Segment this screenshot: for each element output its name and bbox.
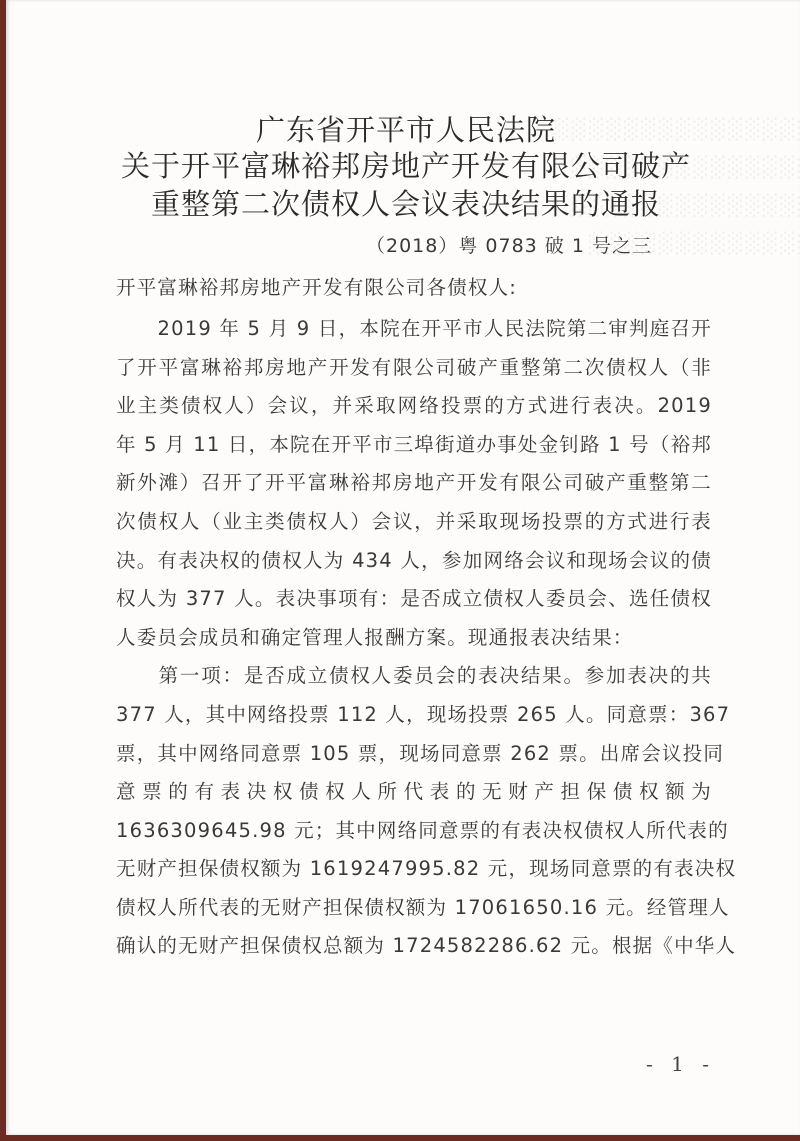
title-line-3: 重整第二次债权人会议表决结果的通报 (6, 182, 800, 223)
body-line: 决。有表决权的债权人为 434 人，参加网络会议和现场会议的债 (116, 545, 712, 573)
body-line: 年 5 月 11 日，本院在开平市三埠街道办事处金钊路 1 号（裕邦 (116, 429, 712, 457)
body-line: 票，其中网络同意票 105 票，现场同意票 262 票。出席会议投同 (116, 738, 712, 766)
body-line: 债权人所代表的无财产担保债权额为 17061650.16 元。经管理人 (116, 892, 712, 920)
case-number: （2018）粤 0783 破 1 号之三 (366, 231, 652, 258)
title-line-2: 关于开平富琳裕邦房地产开发有限公司破产 (6, 144, 800, 185)
body-line: 确认的无财产担保债权总额为 1724582286.62 元。根据《中华人 (116, 930, 712, 958)
body-line: 了开平富琳裕邦房地产开发有限公司破产重整第二次债权人（非 (116, 352, 712, 380)
body-line: 2019 年 5 月 9 日，本院在开平市人民法院第二审判庭召开 (116, 313, 712, 341)
salutation: 开平富琳裕邦房地产开发有限公司各债权人: (116, 272, 712, 300)
body-line: 新外滩）召开了开平富琳裕邦房地产开发有限公司破产重整第二 (116, 467, 712, 495)
body-line: 意票的有表决权债权人所代表的无财产担保债权额为 (116, 776, 712, 804)
body-line: 业主类债权人）会议，并采取网络投票的方式进行表决。2019 (116, 390, 712, 418)
body-line: 377 人，其中网络投票 112 人，现场投票 265 人。同意票：367 (116, 699, 712, 727)
page-number: - 1 - (646, 1052, 715, 1076)
body-line: 第一项：是否成立债权人委员会的表决结果。参加表决的共 (116, 660, 712, 688)
body-line: 无财产担保债权额为 1619247995.82 元，现场同意票的有表决权 (116, 853, 712, 881)
title-court: 广东省开平市人民法院 (6, 108, 800, 149)
body-line: 权人为 377 人。表决事项有：是否成立债权人委员会、选任债权 (116, 583, 712, 611)
body-line: 1636309645.98 元；其中网络同意票的有表决权债权人所代表的 (116, 815, 712, 843)
body-line: 人委员会成员和确定管理人报酬方案。现通报表决结果： (116, 622, 712, 650)
document-page: ░░░░░░░░░░░░░░░░░░░░░░░░░░░░░░░░░░░░░░░░… (6, 0, 800, 1135)
body-line: 次债权人（业主类债权人）会议，并采取现场投票的方式进行表 (116, 506, 712, 534)
